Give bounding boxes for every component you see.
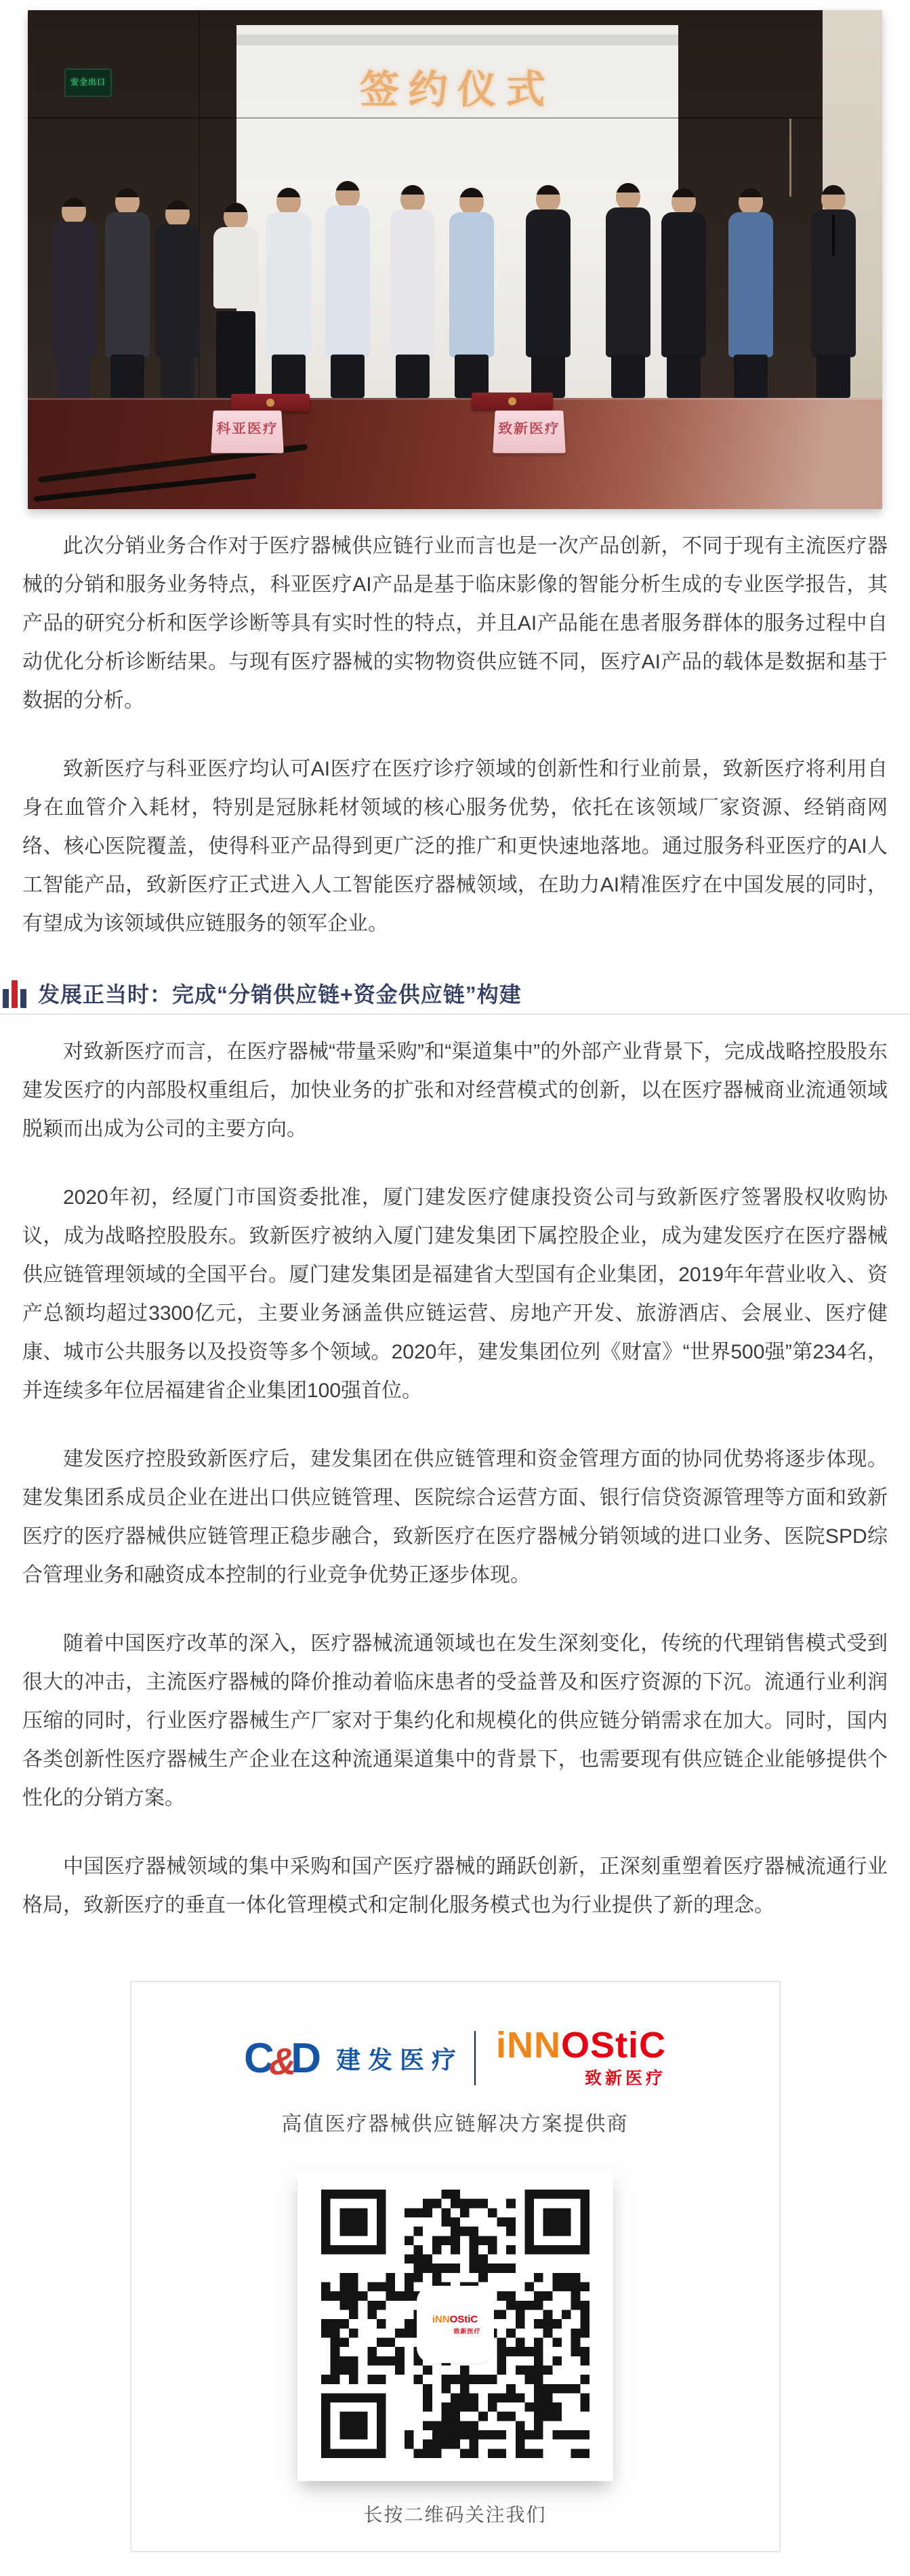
brand-footer-card: C&D 建发医疗 iNNOStiC 致新医疗 高值医疗器械供应链解决方案提供商 … bbox=[130, 1981, 781, 2552]
person-silhouette bbox=[322, 181, 373, 398]
person-silhouette bbox=[725, 188, 777, 398]
qr-center-brand: 致新医疗 bbox=[453, 2327, 480, 2335]
person-silhouette bbox=[387, 185, 438, 398]
innostic-brand-name: 致新医疗 bbox=[585, 2065, 666, 2089]
innostic-logo: iNNOStiC 致新医疗 bbox=[496, 2027, 666, 2089]
person-silhouette bbox=[210, 203, 262, 398]
section-title: 发展正当时：完成“分销供应链+资金供应链”构建 bbox=[38, 981, 522, 1008]
article-body-bottom: 对致新医疗而言，在医疗器械“带量采购”和“渠道集中”的外部产业背景下，完成战略控… bbox=[0, 1032, 910, 1925]
article-paragraph: 中国医疗器械领域的集中采购和国产医疗器械的踊跃创新，正深刻重塑着医疗器械流通行业… bbox=[22, 1847, 888, 1925]
tagline: 高值医疗器械供应链解决方案提供商 bbox=[131, 2107, 779, 2137]
innostic-wordmark: iNNOStiC bbox=[496, 2027, 666, 2064]
person-silhouette bbox=[602, 183, 654, 398]
article-paragraph: 2020年初，经厦门市国资委批准，厦门建发医疗健康投资公司与致新医疗签署股权收购… bbox=[22, 1178, 888, 1410]
person-silhouette bbox=[808, 185, 859, 398]
cd-logo: C&D bbox=[244, 2034, 321, 2082]
qr-caption: 长按二维码关注我们 bbox=[131, 2500, 779, 2527]
person-silhouette bbox=[522, 185, 574, 398]
section-marker-icon bbox=[3, 980, 29, 1008]
conference-table bbox=[28, 398, 882, 509]
signing-folder bbox=[472, 393, 553, 410]
name-card-innostic: 致新医疗 bbox=[493, 411, 566, 454]
person-silhouette bbox=[48, 197, 100, 398]
section-header: 发展正当时：完成“分销供应链+资金供应链”构建 bbox=[3, 978, 910, 1008]
person-silhouette bbox=[102, 188, 153, 398]
person-silhouette bbox=[152, 200, 203, 398]
article-paragraph: 此次分销业务合作对于医疗器械供应链行业而言也是一次产品创新，不同于现有主流医疗器… bbox=[22, 527, 888, 720]
cd-brand-name: 建发医疗 bbox=[336, 2041, 463, 2076]
article-paragraph: 致新医疗与科亚医疗均认可AI医疗在医疗诊疗领域的创新性和行业前景，致新医疗将利用… bbox=[22, 750, 888, 943]
ceremony-photo[interactable]: 签约仪式 安全出口 科亚医疗 致新医疗 bbox=[28, 10, 882, 509]
qr-center-logo: iNNOStiC 致新医疗 bbox=[420, 2289, 491, 2360]
article-body-top: 此次分销业务合作对于医疗器械供应链行业而言也是一次产品创新，不同于现有主流医疗器… bbox=[0, 527, 910, 943]
qr-center-wordmark: iNNOStiC bbox=[432, 2314, 478, 2325]
article-paragraph: 建发医疗控股致新医疗后，建发集团在供应链管理和资金管理方面的协同优势将逐步体现。… bbox=[22, 1440, 888, 1594]
logo-row: C&D 建发医疗 iNNOStiC 致新医疗 bbox=[131, 2027, 779, 2089]
qr-panel: iNNOStiC 致新医疗 bbox=[297, 2171, 613, 2481]
article-paragraph: 随着中国医疗改革的深入，医疗器械流通领域也在发生深刻变化，传统的代理销售模式受到… bbox=[22, 1624, 888, 1817]
article-page: { "photo": { "screen_title": "签约仪式", "ex… bbox=[0, 10, 910, 2576]
person-silhouette bbox=[263, 188, 314, 398]
person-silhouette bbox=[658, 188, 709, 398]
article-paragraph: 对致新医疗而言，在医疗器械“带量采购”和“渠道集中”的外部产业背景下，完成战略控… bbox=[22, 1032, 888, 1148]
section-divider bbox=[0, 1013, 910, 1015]
name-card-keya: 科亚医疗 bbox=[211, 411, 284, 454]
cd-logo-ampersand: & bbox=[269, 2039, 296, 2083]
person-silhouette bbox=[446, 188, 497, 398]
signing-folder bbox=[231, 394, 310, 411]
logo-divider bbox=[474, 2031, 476, 2085]
